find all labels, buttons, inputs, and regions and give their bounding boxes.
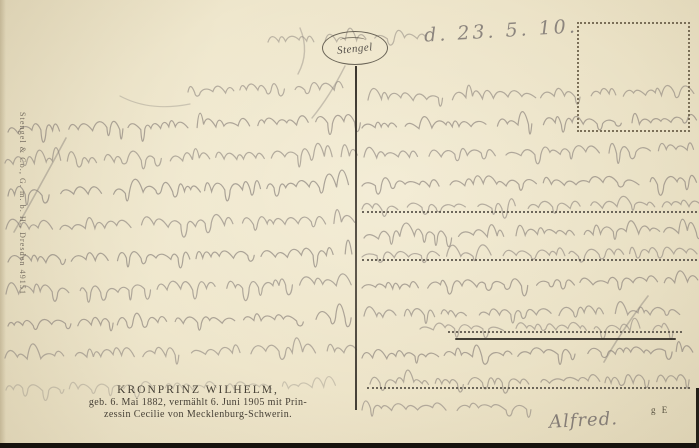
printer-code: g E [651,405,669,415]
address-line-2 [362,259,697,261]
scan-edge-bottom [0,443,699,448]
message-address-divider [355,66,357,410]
caption-line-2: geb. 6. Mai 1882, vermählt 6. Juni 1905 … [36,397,360,409]
printed-caption: KRONPRINZ WILHELM, geb. 6. Mai 1882, ver… [36,384,360,420]
caption-title: KRONPRINZ WILHELM, [36,384,360,397]
stengel-logo-text: Stengel [337,42,374,57]
address-line-3 [448,331,682,333]
stengel-logo-flourish [340,37,366,44]
handwritten-signature: Alfred. [548,408,618,433]
stamp-box [577,22,690,132]
postcard-back: Stengel Stengel & Co., G. m. b. H., Dres… [0,0,699,448]
publisher-imprint: Stengel & Co., G. m. b. H., Dresden 4915… [18,112,27,295]
caption-line-3: zessin Cecilie von Mecklenburg-Schwerin. [36,409,360,421]
address-line-4 [367,387,690,389]
address-line-1 [362,211,697,213]
